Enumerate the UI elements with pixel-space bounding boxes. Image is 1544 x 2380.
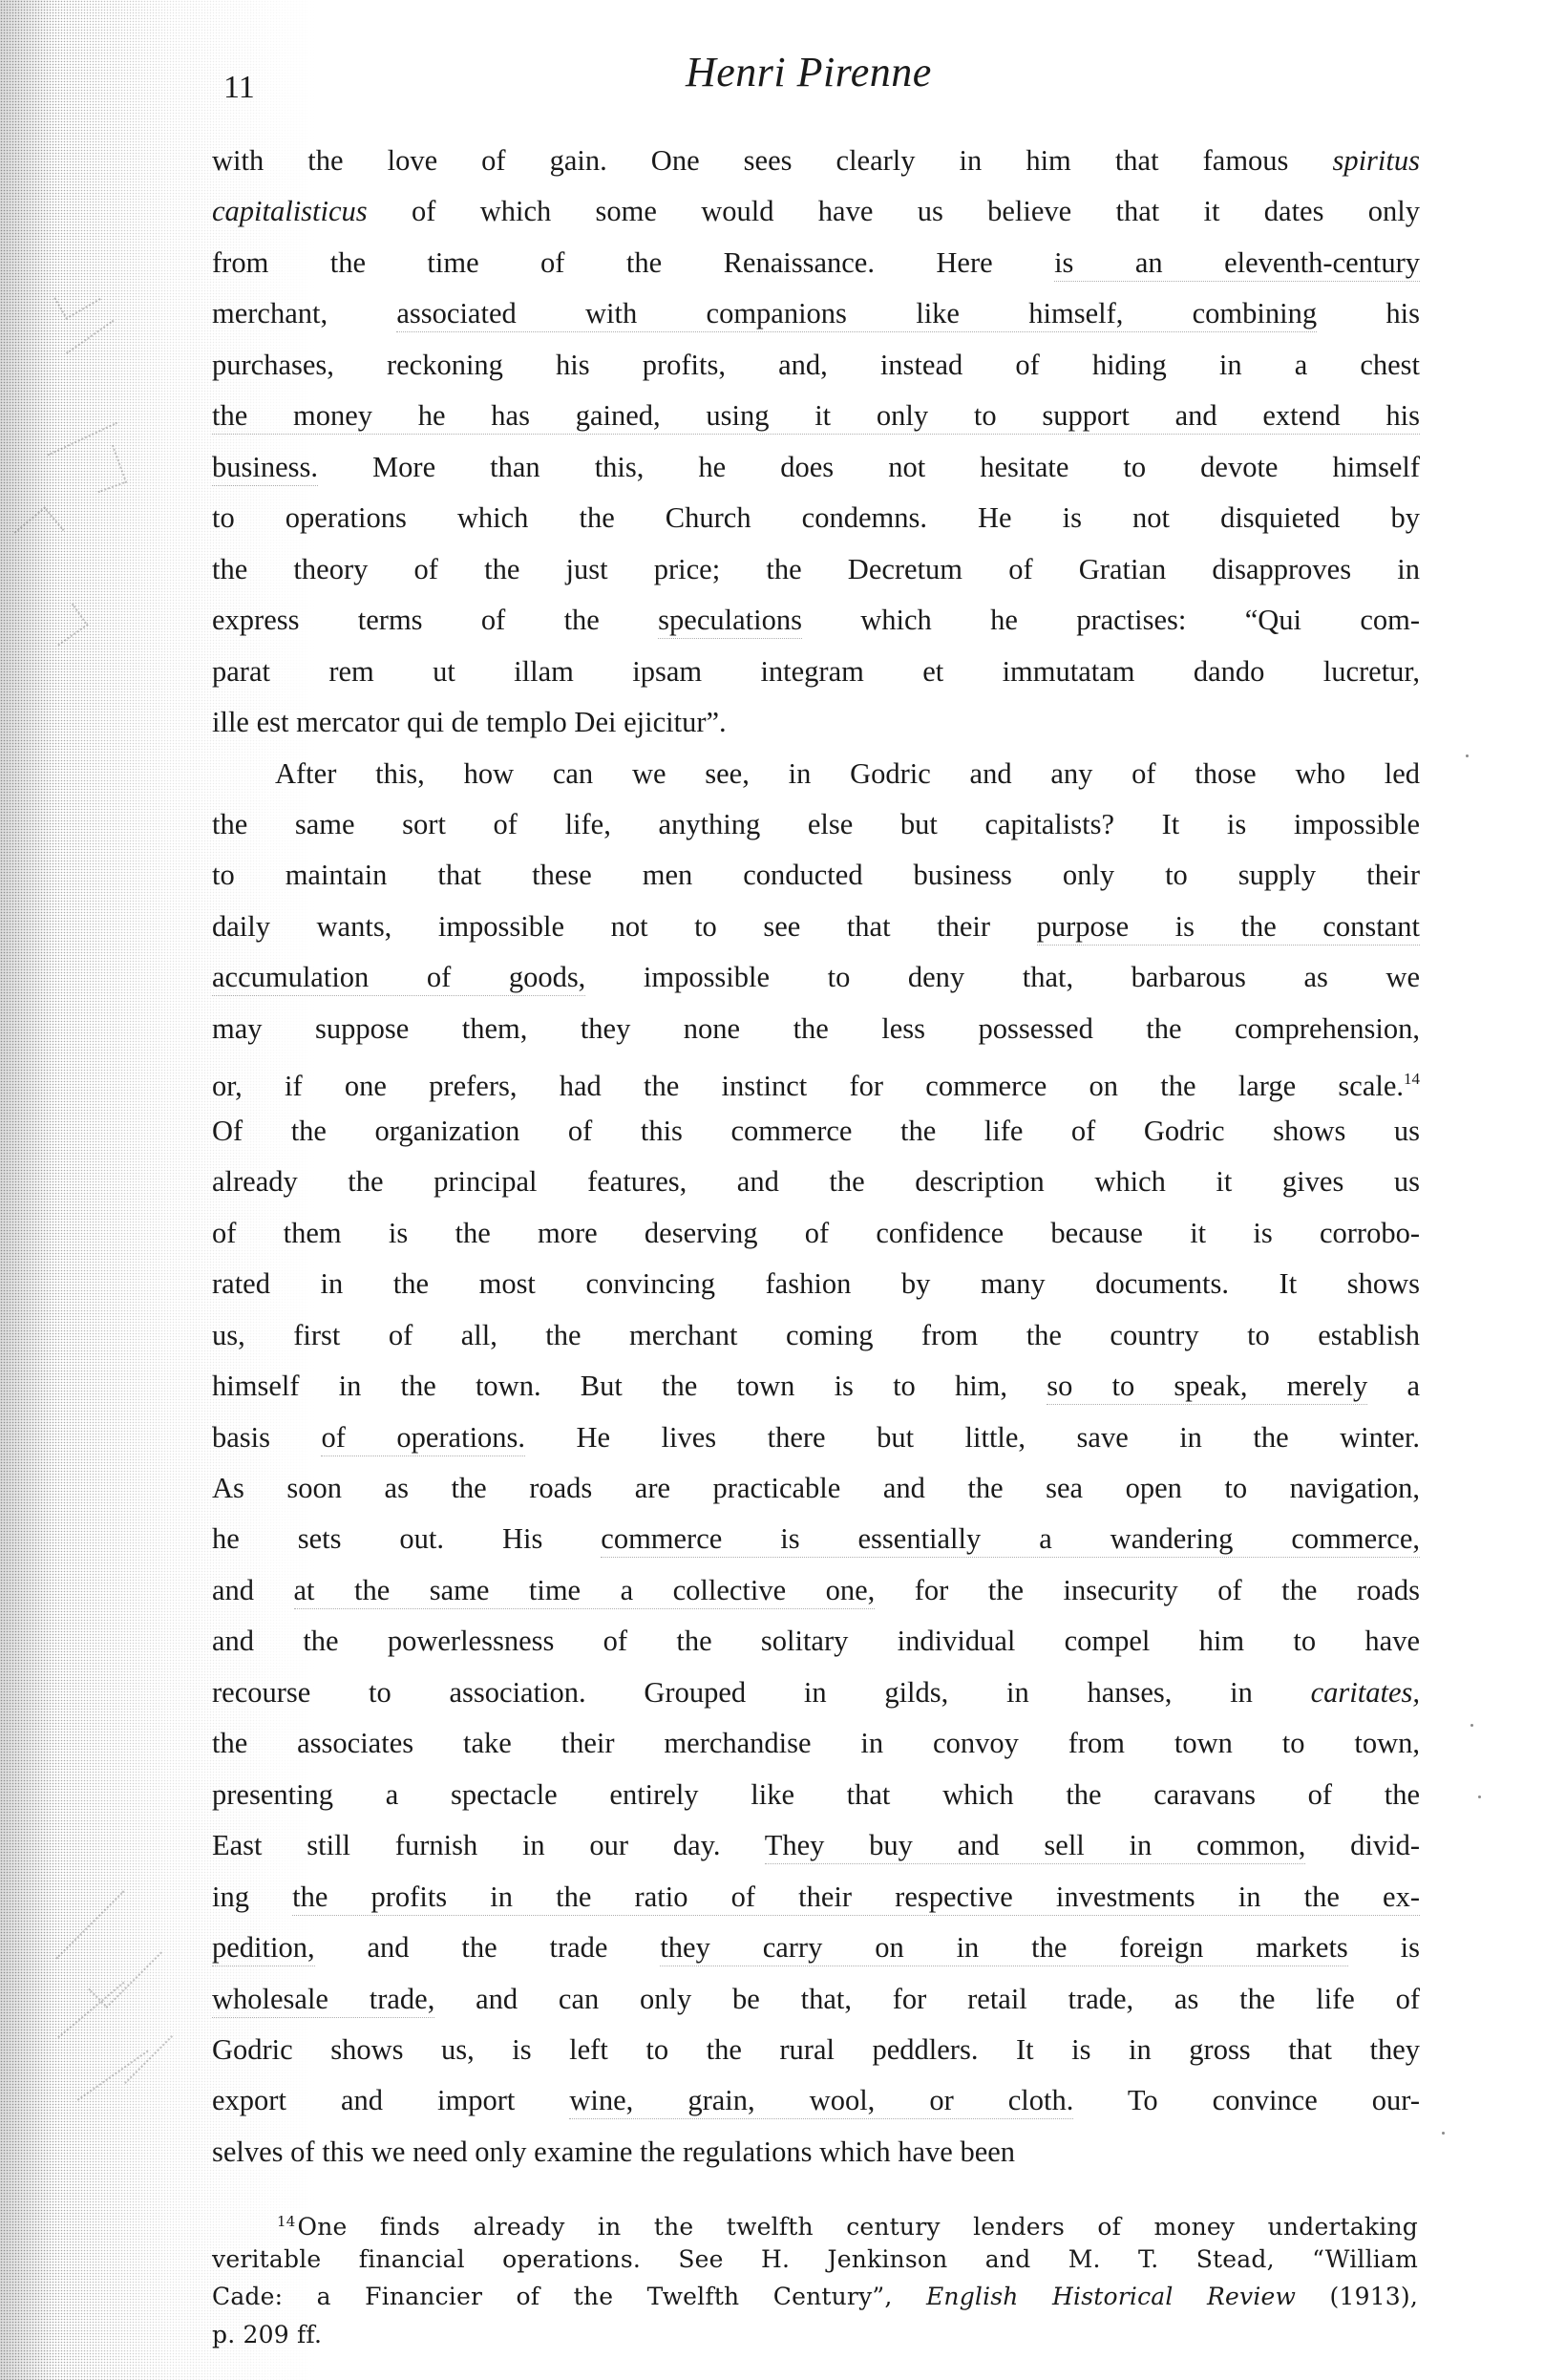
text-line: ille est mercator qui de templo Dei ejic…	[212, 703, 1420, 741]
text-line: from the time of the Renaissance. Here i…	[212, 244, 1420, 282]
text-line: export and import wine, grain, wool, or …	[212, 2081, 1420, 2119]
italic-title: English Historical Review	[926, 2283, 1296, 2310]
text-line: may suppose them, they none the less pos…	[212, 1009, 1420, 1048]
running-head: Henri Pirenne	[686, 50, 991, 96]
footnote-line: Cade: a Financier of the Twelfth Century…	[212, 2281, 1418, 2313]
footnote-marker: 14	[277, 2213, 296, 2230]
speck	[1442, 2132, 1445, 2135]
text-line: and at the same time a collective one, f…	[212, 1571, 1420, 1609]
italic-term: caritates,	[1311, 1676, 1420, 1709]
text-line: the money he has gained, using it only t…	[212, 396, 1420, 435]
text-line: the same sort of life, anything else but…	[212, 805, 1420, 843]
text-line: with the love of gain. One sees clearly …	[212, 141, 1420, 180]
speck	[1478, 1796, 1481, 1798]
text-line: merchant, associated with companions lik…	[212, 294, 1420, 332]
text-line: himself in the town. But the town is to …	[212, 1367, 1420, 1405]
margin-gutter	[0, 0, 57, 2380]
text-line: the theory of the just price; the Decret…	[212, 550, 1420, 588]
text-line: and the powerlessness of the solitary in…	[212, 1622, 1420, 1660]
text-line: express terms of the speculations which …	[212, 601, 1420, 639]
text-line: pedition, and the trade they carry on in…	[212, 1928, 1420, 1966]
text-line: he sets out. His commerce is essentially…	[212, 1519, 1420, 1558]
text-line: already the principal features, and the …	[212, 1162, 1420, 1201]
text-line: to maintain that these men conducted bus…	[212, 856, 1420, 894]
speck	[1470, 1724, 1473, 1727]
speck	[1466, 754, 1469, 757]
text-line: capitalisticus of which some would have …	[212, 192, 1420, 230]
footnote-line: p. 209 ff.	[212, 2319, 1418, 2351]
text-line: recourse to association. Grouped in gild…	[212, 1673, 1420, 1711]
text-line: presenting a spectacle entirely like tha…	[212, 1775, 1420, 1814]
text-line: ing the profits in the ratio of their re…	[212, 1878, 1420, 1916]
text-line: to operations which the Church condemns.…	[212, 499, 1420, 537]
text-line: wholesale trade, and can only be that, f…	[212, 1980, 1420, 2018]
page-number: 11	[223, 69, 255, 107]
footnote-ref[interactable]: 14	[1404, 1070, 1420, 1088]
text-line: basis of operations. He lives there but …	[212, 1418, 1420, 1456]
text-line: Godric shows us, is left to the rural pe…	[212, 2030, 1420, 2069]
text-line: accumulation of goods, impossible to den…	[212, 958, 1420, 996]
text-line: East still furnish in our day. They buy …	[212, 1826, 1420, 1864]
text-line: parat rem ut illam ipsam integram et imm…	[212, 652, 1420, 691]
text-line: As soon as the roads are practicable and…	[212, 1469, 1420, 1507]
text-line: the associates take their merchandise in…	[212, 1724, 1420, 1762]
text-line: After this, how can we see, in Godric an…	[212, 754, 1420, 793]
italic-term: capitalisticus	[212, 195, 368, 227]
italic-term: spiritus	[1332, 144, 1420, 177]
text-line: purchases, reckoning his profits, and, i…	[212, 346, 1420, 384]
text-line: or, if one prefers, had the instinct for…	[212, 1060, 1420, 1098]
text-line: rated in the most convincing fashion by …	[212, 1264, 1420, 1303]
footnote-line: veritable financial operations. See H. J…	[212, 2243, 1418, 2276]
text-line: selves of this we need only examine the …	[212, 2133, 1420, 2171]
text-line: Of the organization of this commerce the…	[212, 1112, 1420, 1150]
text-line: business. More than this, he does not he…	[212, 448, 1420, 486]
text-line: us, first of all, the merchant coming fr…	[212, 1316, 1420, 1354]
text-line: of them is the more deserving of confide…	[212, 1214, 1420, 1252]
footnote-line: 14One finds already in the twelfth centu…	[212, 2205, 1418, 2238]
text-line: daily wants, impossible not to see that …	[212, 907, 1420, 946]
